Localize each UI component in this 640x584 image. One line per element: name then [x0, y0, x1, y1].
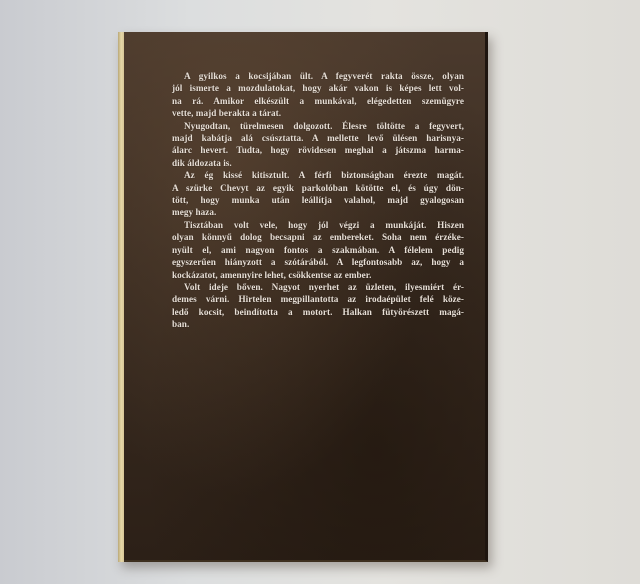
blurb-line: egyszerűen hiányzott a szótárából. A leg…	[172, 256, 464, 268]
blurb-line: vette, majd berakta a tárat.	[172, 107, 464, 119]
blurb-line: nyült el, ami nagyon fontos a szakmában.…	[172, 244, 464, 256]
blurb-line: jól ismerte a mozdulatokat, hogy akár va…	[172, 82, 464, 94]
blurb-line: na rá. Amikor elkészült a munkával, elég…	[172, 95, 464, 107]
blurb-paragraph: Tisztában volt vele, hogy jól végzi a mu…	[172, 219, 464, 281]
blurb-line: demes várni. Hirtelen megpillantotta az …	[172, 293, 464, 305]
blurb-line: tött, hogy munka után leállítja valahol,…	[172, 194, 464, 206]
blurb-line: Az ég kissé kitisztult. A férfi biztonsá…	[172, 169, 464, 181]
blurb-paragraph: Az ég kissé kitisztult. A férfi biztonsá…	[172, 169, 464, 219]
book: A gyilkos a kocsijában ült. A fegyverét …	[118, 32, 488, 562]
blurb-line: ban.	[172, 318, 464, 330]
blurb-line: megy haza.	[172, 206, 464, 218]
photo-scene: A gyilkos a kocsijában ült. A fegyverét …	[0, 0, 640, 584]
book-back-cover: A gyilkos a kocsijában ült. A fegyverét …	[124, 32, 488, 562]
blurb-line: A szürke Chevyt az egyik parkolóban kötö…	[172, 182, 464, 194]
blurb-line: A gyilkos a kocsijában ült. A fegyverét …	[172, 70, 464, 82]
blurb-paragraph: Nyugodtan, türelmesen dolgozott. Élesre …	[172, 120, 464, 170]
back-cover-blurb: A gyilkos a kocsijában ült. A fegyverét …	[172, 70, 464, 331]
blurb-line: Nyugodtan, türelmesen dolgozott. Élesre …	[172, 120, 464, 132]
blurb-line: olyan könnyű dolog becsapni az embereket…	[172, 231, 464, 243]
blurb-line: Volt ideje bőven. Nagyot nyerhet az üzle…	[172, 281, 464, 293]
blurb-line: dik áldozata is.	[172, 157, 464, 169]
blurb-paragraph: Volt ideje bőven. Nagyot nyerhet az üzle…	[172, 281, 464, 331]
blurb-line: majd kabátja alá csúsztatta. A mellette …	[172, 132, 464, 144]
blurb-line: Tisztában volt vele, hogy jól végzi a mu…	[172, 219, 464, 231]
blurb-line: kockázatot, amennyire lehet, csökkentse …	[172, 269, 464, 281]
blurb-line: álarc hevert. Tudta, hogy rövidesen megh…	[172, 144, 464, 156]
blurb-line: ledő kocsit, beindította a motort. Halka…	[172, 306, 464, 318]
blurb-paragraph: A gyilkos a kocsijában ült. A fegyverét …	[172, 70, 464, 120]
